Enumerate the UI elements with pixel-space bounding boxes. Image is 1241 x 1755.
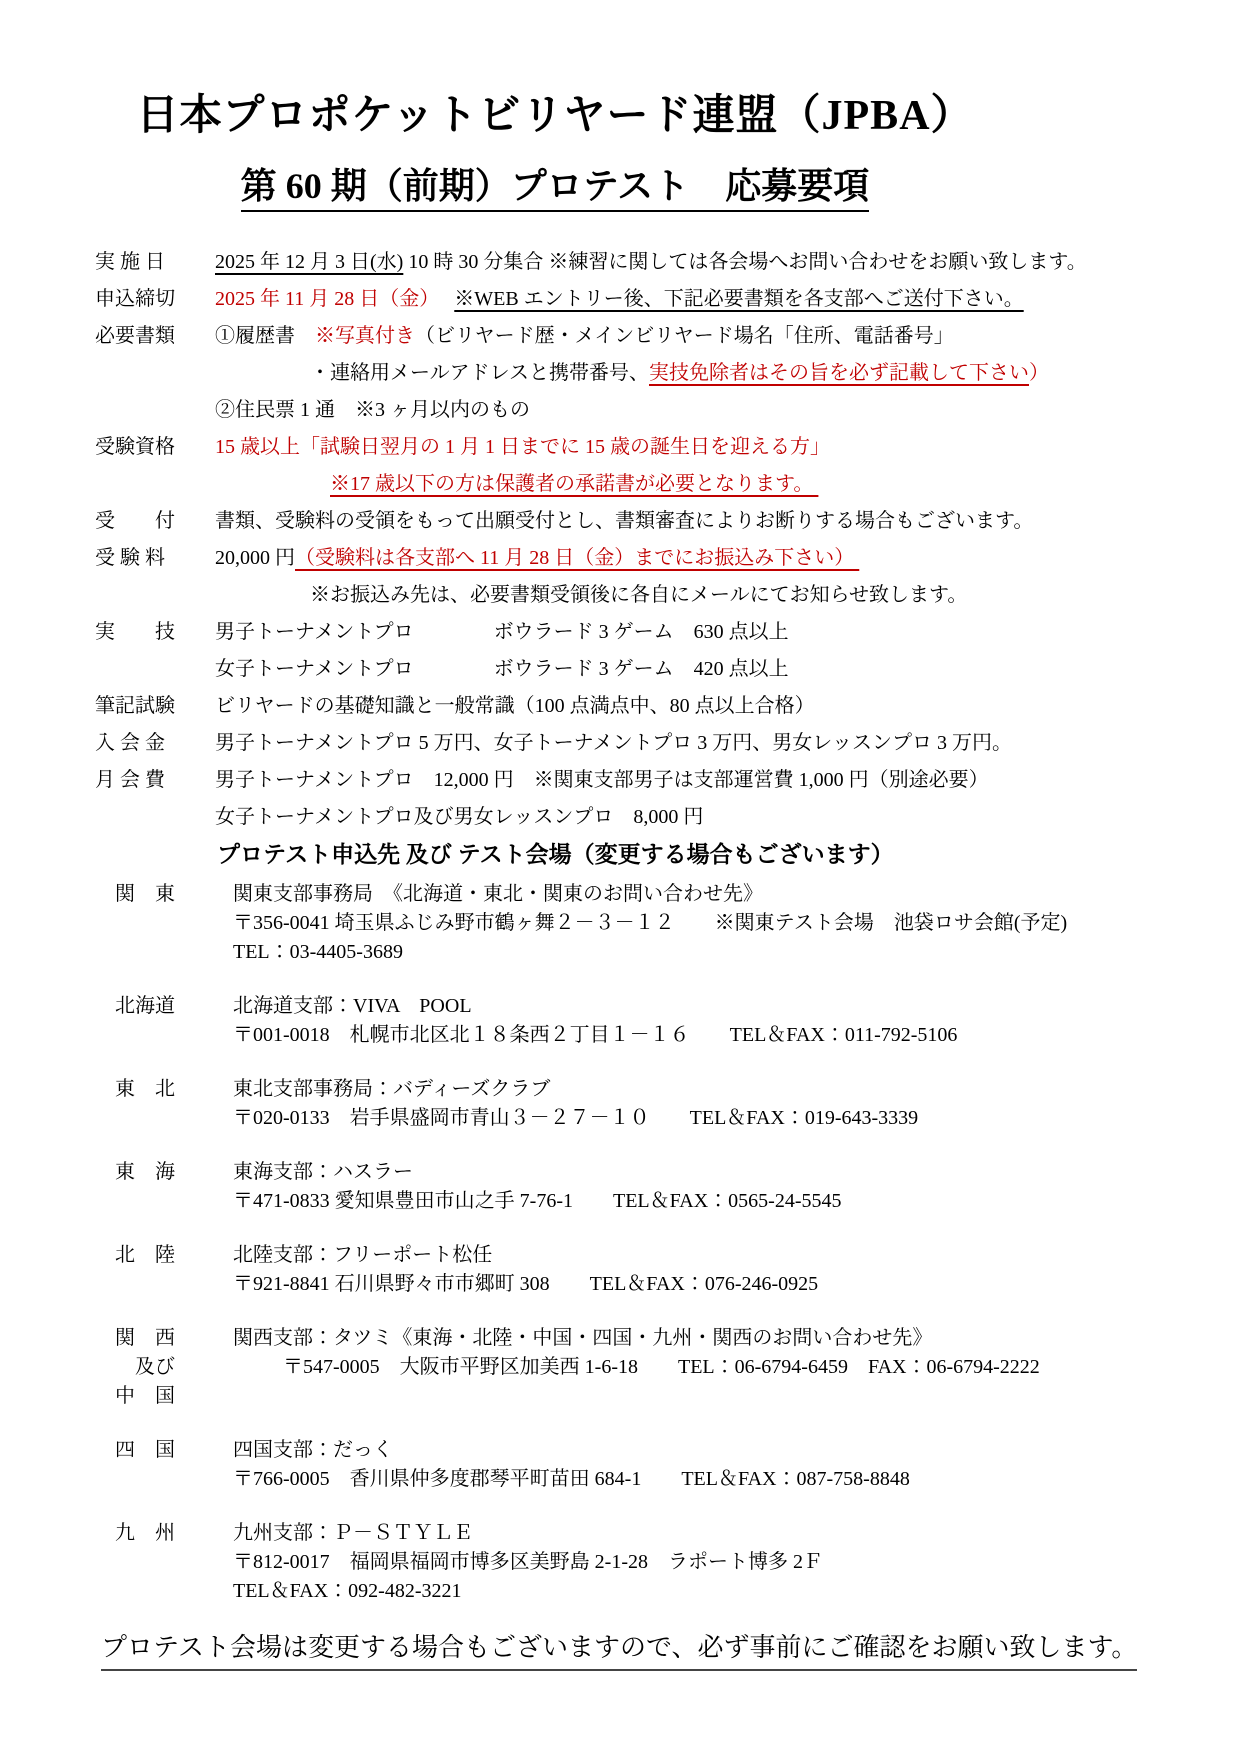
venue-region-label: 北 陸 <box>115 1241 233 1299</box>
venue-content: 関東支部事務局 《北海道・東北・関東のお問い合わせ先》〒356-0041 埼玉県… <box>233 880 1186 967</box>
info-line: ※17 歳以下の方は保護者の承諾書が必要となります。 <box>215 466 1186 503</box>
venue-region-label-line: 中 国 <box>115 1382 233 1411</box>
venue-row: 四 国四国支部：だっく〒766-0005 香川県仲多度郡琴平町苗田 684-1 … <box>115 1436 1186 1494</box>
venue-region-label: 北海道 <box>115 992 233 1050</box>
text-segment: ①履歴書 <box>215 325 315 347</box>
text-segment: ②住民票 1 通 ※3 ヶ月以内のもの <box>215 399 530 421</box>
info-line: ビリヤードの基礎知識と一般常識（100 点満点中、80 点以上合格） <box>215 688 1186 725</box>
text-segment: 実技免除者はその旨を必ず記載して下さい <box>649 362 1029 384</box>
venue-region-label-line: 関 西 <box>115 1324 233 1353</box>
venue-region-label-line: 北 陸 <box>115 1241 233 1270</box>
text-segment: ※写真付き <box>315 325 415 347</box>
venue-region-label: 四 国 <box>115 1436 233 1494</box>
venue-line: 〒547-0005 大阪市平野区加美西 1-6-18 TEL：06-6794-6… <box>233 1353 1186 1382</box>
venues-section: 関 東関東支部事務局 《北海道・東北・関東のお問い合わせ先》〒356-0041 … <box>115 880 1186 1606</box>
info-row-label: 受験資格 <box>95 429 215 503</box>
venue-content: 四国支部：だっく〒766-0005 香川県仲多度郡琴平町苗田 684-1 TEL… <box>233 1436 1186 1494</box>
info-row-label: 申込締切 <box>95 281 215 318</box>
venue-region-label-line: 北海道 <box>115 992 233 1021</box>
info-row-content: 書類、受験料の受領をもって出願受付とし、書類審査によりお断りする場合もございます… <box>215 503 1186 540</box>
text-segment: 2025 年 12 月 3 日(水) <box>215 251 403 273</box>
text-segment: 20,000 円 <box>215 547 295 569</box>
info-row-label: 実 施 日 <box>95 244 215 281</box>
info-line: 女子トーナメントプロ及び男女レッスンプロ 8,000 円 <box>215 799 1186 836</box>
text-segment: ） <box>1029 362 1049 384</box>
info-line: 20,000 円（受験料は各支部へ 11 月 28 日（金）までにお振込み下さい… <box>215 540 1186 577</box>
info-row-content: 男子トーナメントプロ 12,000 円 ※関東支部男子は支部運営費 1,000 … <box>215 762 1186 836</box>
venue-line: 〒001-0018 札幌市北区北１８条西２丁目１－１６ TEL＆FAX：011-… <box>233 1021 1186 1050</box>
text-segment: 2025 年 11 月 28 日（金） <box>215 288 429 310</box>
info-row: 必要書類①履歴書 ※写真付き（ビリヤード歴・メインビリヤード場名「住所、電話番号… <box>95 318 1186 429</box>
title-block: 日本プロポケットビリヤード連盟（JPBA） 第 60 期（前期）プロテスト 応募… <box>95 90 1015 212</box>
venue-region-label-line: 四 国 <box>115 1436 233 1465</box>
footer-note: プロテスト会場は変更する場合もございますので、必ず事前にご確認をお願い致します。 <box>101 1631 1137 1671</box>
info-row-content: 男子トーナメントプロ 5 万円、女子トーナメントプロ 3 万円、男女レッスンプロ… <box>215 725 1186 762</box>
venue-region-label-line: 九 州 <box>115 1519 233 1548</box>
venue-line: 九州支部：Ｐ－ＳＴＹＬＥ <box>233 1519 1186 1548</box>
text-segment: 男子トーナメントプロ ボウラード 3 ゲーム 630 点以上 <box>215 621 789 643</box>
text-segment: 10 時 30 分集合 ※練習に関しては各会場へお問い合わせをお願い致します。 <box>403 251 1086 273</box>
venue-content: 北海道支部：VIVA POOL〒001-0018 札幌市北区北１８条西２丁目１－… <box>233 992 1186 1050</box>
text-segment: 男子トーナメントプロ 12,000 円 ※関東支部男子は支部運営費 1,000 … <box>215 769 989 791</box>
venue-region-label-line: 東 北 <box>115 1075 233 1104</box>
document-page: 日本プロポケットビリヤード連盟（JPBA） 第 60 期（前期）プロテスト 応募… <box>0 0 1241 1755</box>
info-row: 申込締切2025 年 11 月 28 日（金） ※WEB エントリー後、下記必要… <box>95 281 1186 318</box>
info-line: ②住民票 1 通 ※3 ヶ月以内のもの <box>215 392 1186 429</box>
text-segment: ・連絡用メールアドレスと携帯番号、 <box>310 362 649 384</box>
text-segment: 男子トーナメントプロ 5 万円、女子トーナメントプロ 3 万円、男女レッスンプロ… <box>215 732 1012 754</box>
venue-line: 〒020-0133 岩手県盛岡市青山３－２７－１０ TEL＆FAX：019-64… <box>233 1104 1186 1133</box>
text-segment: ビリヤードの基礎知識と一般常識（100 点満点中、80 点以上合格） <box>215 695 815 717</box>
venue-line: 北海道支部：VIVA POOL <box>233 992 1186 1021</box>
info-row: 受験資格15 歳以上「試験日翌月の 1 月 1 日までに 15 歳の誕生日を迎え… <box>95 429 1186 503</box>
venue-region-label: 関 東 <box>115 880 233 967</box>
venue-row: 関 東関東支部事務局 《北海道・東北・関東のお問い合わせ先》〒356-0041 … <box>115 880 1186 967</box>
venue-row: 北海道北海道支部：VIVA POOL〒001-0018 札幌市北区北１８条西２丁… <box>115 992 1186 1050</box>
info-row-content: 2025 年 12 月 3 日(水) 10 時 30 分集合 ※練習に関しては各… <box>215 244 1186 281</box>
info-row: 受 付書類、受験料の受領をもって出願受付とし、書類審査によりお断りする場合もござ… <box>95 503 1186 540</box>
text-segment: ※お振込み先は、必要書類受領後に各自にメールにてお知らせ致します。 <box>310 584 967 606</box>
venue-content: 北陸支部：フリーポート松任〒921-8841 石川県野々市市郷町 308 TEL… <box>233 1241 1186 1299</box>
venue-row: 九 州九州支部：Ｐ－ＳＴＹＬＥ〒812-0017 福岡県福岡市博多区美野島 2-… <box>115 1519 1186 1606</box>
info-row-content: ①履歴書 ※写真付き（ビリヤード歴・メインビリヤード場名「住所、電話番号」・連絡… <box>215 318 1186 429</box>
venue-line: 関東支部事務局 《北海道・東北・関東のお問い合わせ先》 <box>233 880 1186 909</box>
info-line: 書類、受験料の受領をもって出願受付とし、書類審査によりお断りする場合もございます… <box>215 503 1186 540</box>
info-row-label: 受 験 料 <box>95 540 215 614</box>
venue-line: 〒471-0833 愛知県豊田市山之手 7-76-1 TEL＆FAX：0565-… <box>233 1187 1186 1216</box>
text-segment: ※17 歳以下の方は保護者の承諾書が必要となります。 <box>330 473 818 495</box>
venue-line: 東北支部事務局：バディーズクラブ <box>233 1075 1186 1104</box>
info-line: ・連絡用メールアドレスと携帯番号、実技免除者はその旨を必ず記載して下さい） <box>215 355 1186 392</box>
venue-region-label: 関 西 及び中 国 <box>115 1324 233 1411</box>
venue-line: 〒921-8841 石川県野々市市郷町 308 TEL＆FAX：076-246-… <box>233 1270 1186 1299</box>
venue-content: 東北支部事務局：バディーズクラブ〒020-0133 岩手県盛岡市青山３－２７－１… <box>233 1075 1186 1133</box>
text-segment: 15 歳以上「試験日翌月の 1 月 1 日までに 15 歳の誕生日を迎える方」 <box>215 436 830 458</box>
document-subtitle: 第 60 期（前期）プロテスト 応募要項 <box>241 163 870 213</box>
info-section: 実 施 日2025 年 12 月 3 日(水) 10 時 30 分集合 ※練習に… <box>95 244 1186 836</box>
info-row-label: 必要書類 <box>95 318 215 429</box>
venue-line: 関西支部：タツミ《東海・北陸・中国・四国・九州・関西のお問い合わせ先》 <box>233 1324 1186 1353</box>
venue-content: 東海支部：ハスラー〒471-0833 愛知県豊田市山之手 7-76-1 TEL＆… <box>233 1158 1186 1216</box>
info-row: 月 会 費男子トーナメントプロ 12,000 円 ※関東支部男子は支部運営費 1… <box>95 762 1186 836</box>
text-segment: 女子トーナメントプロ及び男女レッスンプロ 8,000 円 <box>215 806 703 828</box>
venue-region-label: 東 海 <box>115 1158 233 1216</box>
venue-line: 北陸支部：フリーポート松任 <box>233 1241 1186 1270</box>
venue-line: 〒766-0005 香川県仲多度郡琴平町苗田 684-1 TEL＆FAX：087… <box>233 1465 1186 1494</box>
document-title: 日本プロポケットビリヤード連盟（JPBA） <box>95 90 1015 143</box>
info-row-content: 2025 年 11 月 28 日（金） ※WEB エントリー後、下記必要書類を各… <box>215 281 1186 318</box>
info-row: 筆記試験ビリヤードの基礎知識と一般常識（100 点満点中、80 点以上合格） <box>95 688 1186 725</box>
venue-row: 関 西 及び中 国関西支部：タツミ《東海・北陸・中国・四国・九州・関西のお問い合… <box>115 1324 1186 1411</box>
info-line: 女子トーナメントプロ ボウラード 3 ゲーム 420 点以上 <box>215 651 1186 688</box>
venue-line: 東海支部：ハスラー <box>233 1158 1186 1187</box>
document-subtitle-wrap: 第 60 期（前期）プロテスト 応募要項 <box>95 163 1015 213</box>
info-row: 入 会 金男子トーナメントプロ 5 万円、女子トーナメントプロ 3 万円、男女レ… <box>95 725 1186 762</box>
info-row-content: 15 歳以上「試験日翌月の 1 月 1 日までに 15 歳の誕生日を迎える方」※… <box>215 429 1186 503</box>
venues-heading: プロテスト申込先 及び テスト会場（変更する場合もございます） <box>217 840 1186 870</box>
info-row-label: 実 技 <box>95 614 215 688</box>
info-line: 男子トーナメントプロ ボウラード 3 ゲーム 630 点以上 <box>215 614 1186 651</box>
info-row-content: 男子トーナメントプロ ボウラード 3 ゲーム 630 点以上女子トーナメントプロ… <box>215 614 1186 688</box>
info-row-content: ビリヤードの基礎知識と一般常識（100 点満点中、80 点以上合格） <box>215 688 1186 725</box>
info-line: 15 歳以上「試験日翌月の 1 月 1 日までに 15 歳の誕生日を迎える方」 <box>215 429 1186 466</box>
info-row-label: 月 会 費 <box>95 762 215 836</box>
info-row-label: 入 会 金 <box>95 725 215 762</box>
venue-content: 関西支部：タツミ《東海・北陸・中国・四国・九州・関西のお問い合わせ先》〒547-… <box>233 1324 1186 1411</box>
text-segment: 書類、受験料の受領をもって出願受付とし、書類審査によりお断りする場合もございます… <box>215 510 1033 532</box>
venue-row: 東 海東海支部：ハスラー〒471-0833 愛知県豊田市山之手 7-76-1 T… <box>115 1158 1186 1216</box>
info-line: ①履歴書 ※写真付き（ビリヤード歴・メインビリヤード場名「住所、電話番号」 <box>215 318 1186 355</box>
info-line: 2025 年 12 月 3 日(水) 10 時 30 分集合 ※練習に関しては各… <box>215 244 1186 281</box>
info-line: ※お振込み先は、必要書類受領後に各自にメールにてお知らせ致します。 <box>215 577 1186 614</box>
info-row-label: 筆記試験 <box>95 688 215 725</box>
venue-line: 〒812-0017 福岡県福岡市博多区美野島 2-1-28 ラポート博多 2Ｆ <box>233 1548 1186 1577</box>
info-line: 2025 年 11 月 28 日（金） ※WEB エントリー後、下記必要書類を各… <box>215 281 1186 318</box>
venue-line: 〒356-0041 埼玉県ふじみ野市鶴ヶ舞２－３－１２ ※関東テスト会場 池袋ロ… <box>233 909 1186 938</box>
venue-region-label: 九 州 <box>115 1519 233 1606</box>
info-row-label: 受 付 <box>95 503 215 540</box>
venue-region-label-line: 及び <box>115 1353 233 1382</box>
info-row: 受 験 料20,000 円（受験料は各支部へ 11 月 28 日（金）までにお振… <box>95 540 1186 614</box>
venue-row: 東 北東北支部事務局：バディーズクラブ〒020-0133 岩手県盛岡市青山３－２… <box>115 1075 1186 1133</box>
text-segment <box>429 288 454 310</box>
text-segment: ※WEB エントリー後、下記必要書類を各支部へご送付下さい。 <box>454 288 1023 310</box>
info-line: 男子トーナメントプロ 12,000 円 ※関東支部男子は支部運営費 1,000 … <box>215 762 1186 799</box>
venue-region-label-line: 関 東 <box>115 880 233 909</box>
text-segment: （ビリヤード歴・メインビリヤード場名「住所、電話番号」 <box>415 325 954 347</box>
info-line: 男子トーナメントプロ 5 万円、女子トーナメントプロ 3 万円、男女レッスンプロ… <box>215 725 1186 762</box>
venue-region-label: 東 北 <box>115 1075 233 1133</box>
venue-content: 九州支部：Ｐ－ＳＴＹＬＥ〒812-0017 福岡県福岡市博多区美野島 2-1-2… <box>233 1519 1186 1606</box>
venue-line: TEL＆FAX：092-482-3221 <box>233 1577 1186 1606</box>
venue-line: 四国支部：だっく <box>233 1436 1186 1465</box>
info-row-content: 20,000 円（受験料は各支部へ 11 月 28 日（金）までにお振込み下さい… <box>215 540 1186 614</box>
text-segment: （受験料は各支部へ 11 月 28 日（金）までにお振込み下さい） <box>295 547 859 569</box>
text-segment: 女子トーナメントプロ ボウラード 3 ゲーム 420 点以上 <box>215 658 789 680</box>
venue-line: TEL：03-4405-3689 <box>233 938 1186 967</box>
venue-row: 北 陸北陸支部：フリーポート松任〒921-8841 石川県野々市市郷町 308 … <box>115 1241 1186 1299</box>
footer-note-wrap: プロテスト会場は変更する場合もございますので、必ず事前にご確認をお願い致します。 <box>101 1631 1186 1671</box>
info-row: 実 技男子トーナメントプロ ボウラード 3 ゲーム 630 点以上女子トーナメン… <box>95 614 1186 688</box>
venue-region-label-line: 東 海 <box>115 1158 233 1187</box>
info-row: 実 施 日2025 年 12 月 3 日(水) 10 時 30 分集合 ※練習に… <box>95 244 1186 281</box>
